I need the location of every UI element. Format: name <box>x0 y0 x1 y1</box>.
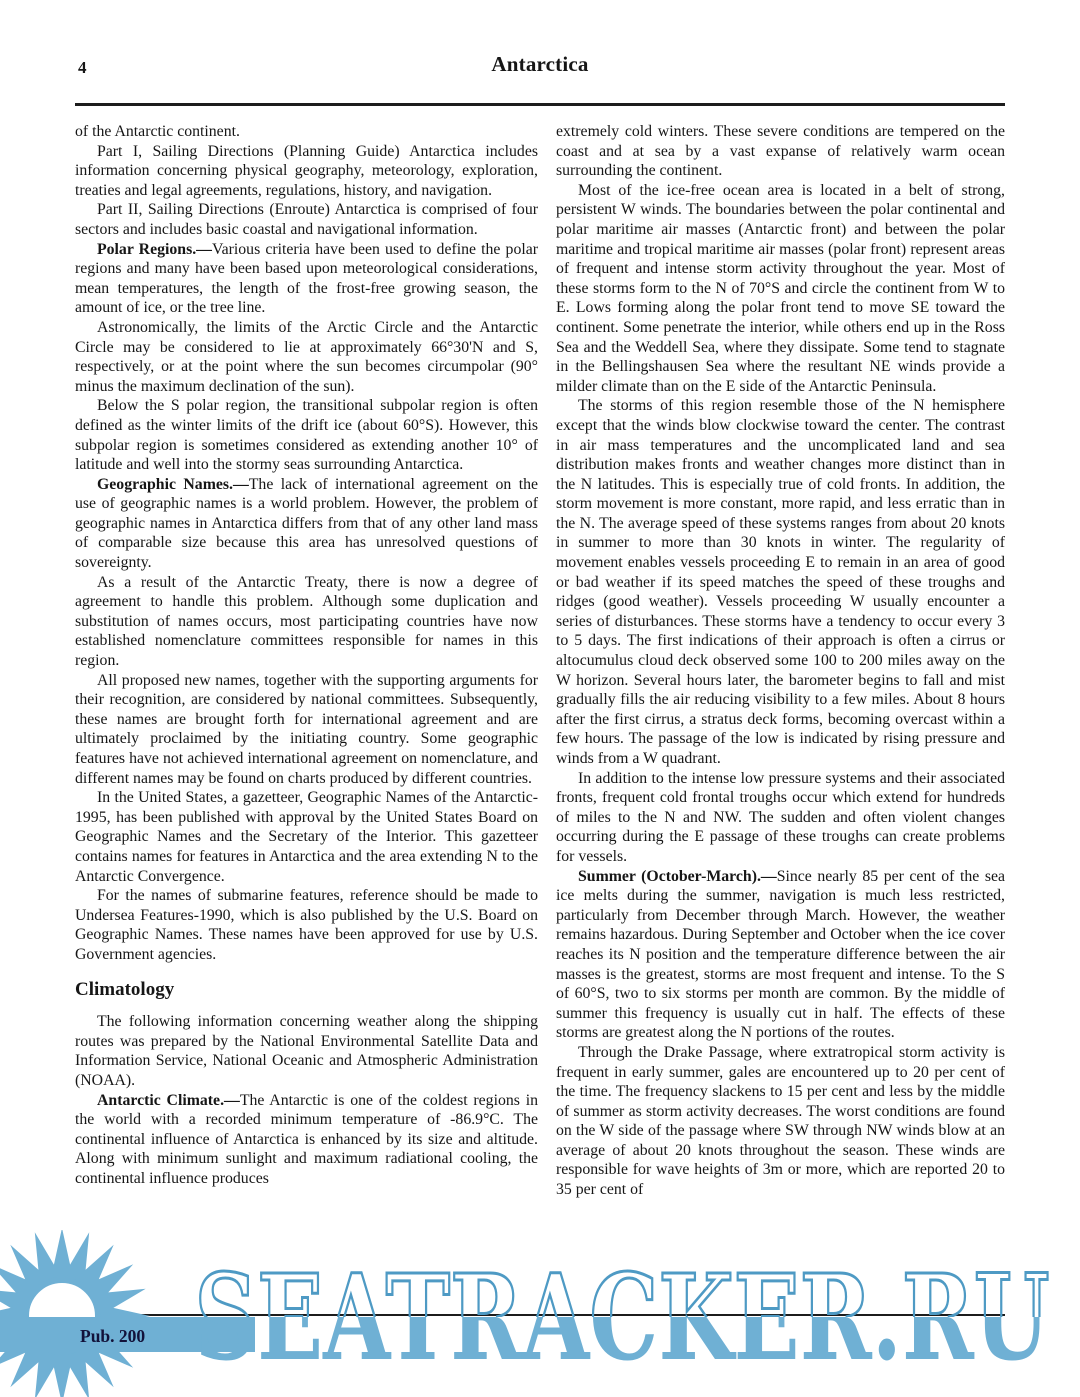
paragraph: extremely cold winters. These severe con… <box>556 122 1005 181</box>
paragraph: Astronomically, the limits of the Arctic… <box>75 318 538 396</box>
paragraph: of the Antarctic continent. <box>75 122 538 142</box>
page-title: Antarctica <box>75 52 1005 77</box>
publication-number: Pub. 200 <box>80 1326 145 1347</box>
paragraph: Summer (October-March).—Since nearly 85 … <box>556 867 1005 1043</box>
paragraph: Polar Regions.—Various criteria have bee… <box>75 240 538 318</box>
paragraph: Part II, Sailing Directions (Enroute) An… <box>75 200 538 239</box>
header-divider <box>75 103 1005 106</box>
paragraph: Part I, Sailing Directions (Planning Gui… <box>75 142 538 201</box>
right-column: extremely cold winters. These severe con… <box>556 122 1005 1200</box>
watermark-text-outline: SEATRACKER.RU <box>195 1248 1050 1387</box>
document-page: 4 Antarctica of the Antarctic continent.… <box>0 0 1080 1397</box>
paragraph: In addition to the intense low pressure … <box>556 769 1005 867</box>
paragraph: Most of the ice-free ocean area is locat… <box>556 181 1005 397</box>
paragraph-lead: Polar Regions.— <box>97 241 212 258</box>
left-column: of the Antarctic continent.Part I, Saili… <box>75 122 538 1200</box>
paragraph-lead: Geographic Names.— <box>97 476 249 493</box>
paragraph: All proposed new names, together with th… <box>75 671 538 789</box>
footer-divider <box>75 1314 1005 1316</box>
text-columns: of the Antarctic continent.Part I, Saili… <box>75 122 1005 1200</box>
paragraph: Through the Drake Passage, where extratr… <box>556 1043 1005 1200</box>
paragraph: The following information concerning wea… <box>75 1012 538 1090</box>
paragraph: Geographic Names.—The lack of internatio… <box>75 475 538 573</box>
watermark-text-solid: SEATRACKER.RU <box>195 1248 1050 1387</box>
paragraph: Antarctic Climate.—The Antarctic is one … <box>75 1091 538 1189</box>
page-number: 4 <box>78 58 87 78</box>
section-heading: Climatology <box>75 980 538 1000</box>
paragraph: In the United States, a gazetteer, Geogr… <box>75 788 538 886</box>
paragraph: Below the S polar region, the transition… <box>75 396 538 474</box>
paragraph-lead: Summer (October-March).— <box>578 868 777 885</box>
paragraph-lead: Antarctic Climate.— <box>97 1092 240 1109</box>
paragraph: As a result of the Antarctic Treaty, the… <box>75 573 538 671</box>
paragraph: For the names of submarine features, ref… <box>75 886 538 964</box>
page-header: 4 Antarctica <box>75 52 1005 82</box>
paragraph: The storms of this region resemble those… <box>556 396 1005 768</box>
